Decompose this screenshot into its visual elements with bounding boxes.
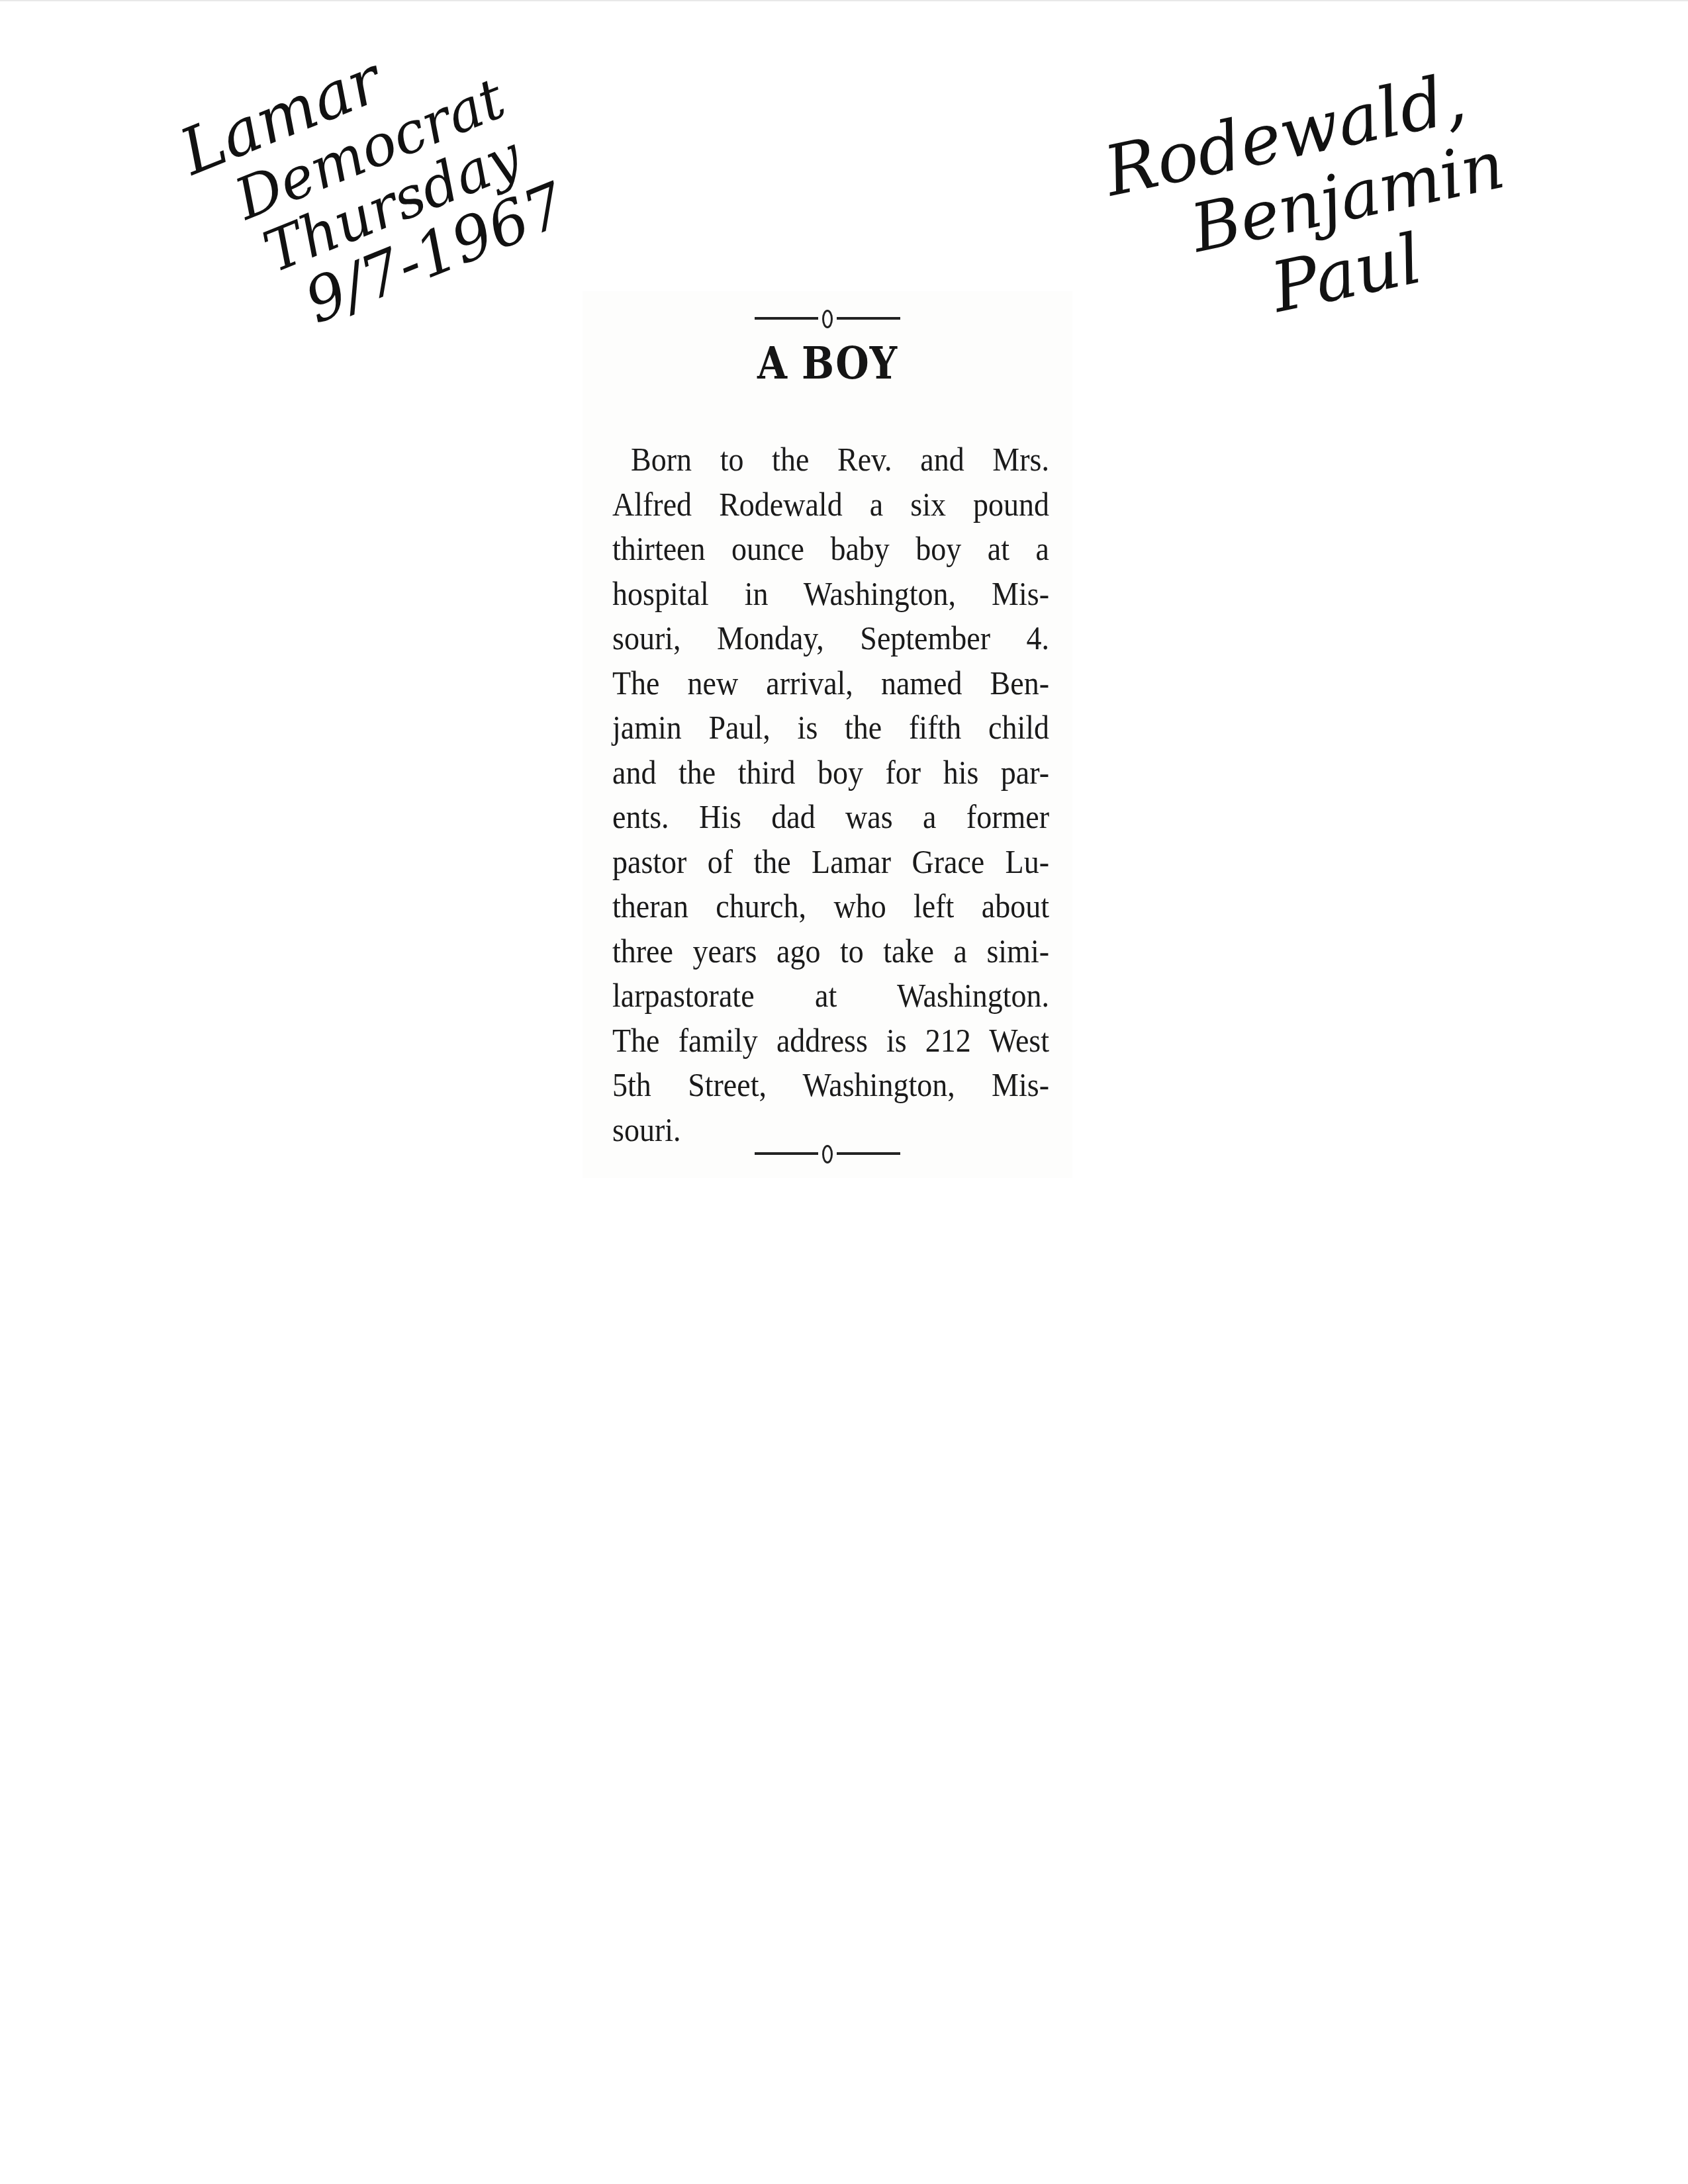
body-line: theran church, who left about bbox=[612, 881, 1049, 931]
body-line: The new arrival, named Ben- bbox=[612, 657, 1049, 707]
body-line: Alfred Rodewald a six pound bbox=[612, 478, 1049, 529]
newspaper-clipping: A BOY Born to the Rev. and Mrs. Alfred R… bbox=[583, 291, 1072, 1178]
body-line: Born to the Rev. and Mrs. bbox=[612, 434, 1049, 484]
clipping-headline: A BOY bbox=[583, 338, 1072, 389]
body-line: 5th Street, Washington, Mis- bbox=[612, 1060, 1049, 1110]
ornament-divider-icon bbox=[755, 310, 900, 326]
body-line: The family address is 212 West bbox=[612, 1015, 1049, 1065]
body-line: jamin Paul, is the fifth child bbox=[612, 702, 1049, 752]
body-line: larpastorate at Washington. bbox=[612, 970, 1049, 1021]
clipping-body: Born to the Rev. and Mrs. Alfred Rodewal… bbox=[612, 437, 1049, 1152]
scanned-page: Lamar Democrat Thursday 9/7-1967 Rodewal… bbox=[0, 0, 1688, 2184]
handwritten-source-note: Lamar Democrat Thursday 9/7-1967 bbox=[172, 1, 574, 355]
ornament-divider-icon bbox=[755, 1145, 900, 1161]
body-line: thirteen ounce baby boy at a bbox=[612, 523, 1049, 574]
scan-edge bbox=[0, 0, 1688, 1]
body-line: ents. His dad was a former bbox=[612, 792, 1049, 842]
body-line: pastor of the Lamar Grace Lu- bbox=[612, 836, 1049, 886]
body-line: and the third boy for his par- bbox=[612, 747, 1049, 797]
body-line: three years ago to take a simi- bbox=[612, 925, 1049, 976]
handwritten-name-note: Rodewald, Benjamin Paul bbox=[1099, 58, 1525, 351]
body-line: hospital in Washington, Mis- bbox=[612, 568, 1049, 618]
body-line: souri, Monday, September 4. bbox=[612, 613, 1049, 663]
